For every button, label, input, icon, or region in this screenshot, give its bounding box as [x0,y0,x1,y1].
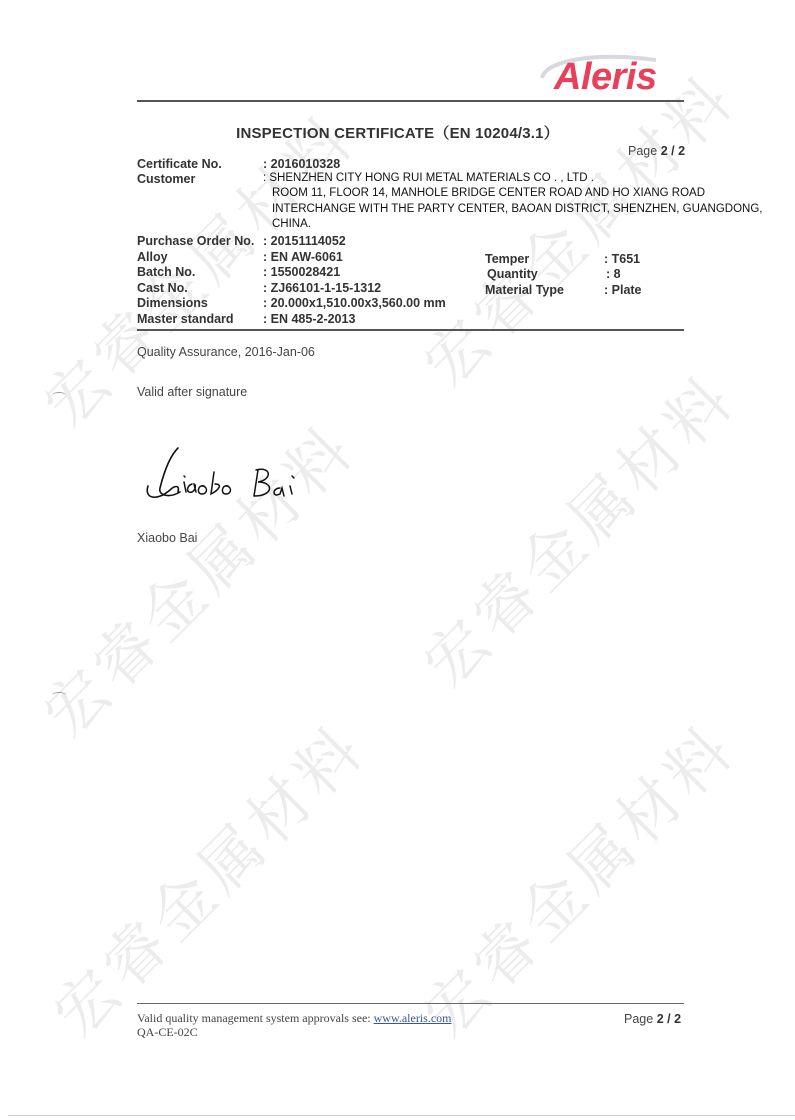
purchase-order-label: Purchase Order No. [137,234,254,248]
footer-page-indicator: Page 2 / 2 [624,1012,681,1026]
footer-page-current: 2 [657,1012,664,1026]
watermark: 宏睿金属材料 [400,701,751,1052]
page-title: INSPECTION CERTIFICATE（EN 10204/3.1） [0,122,795,143]
temper-label: Temper [485,252,529,266]
signature [140,442,320,504]
header-rule [137,100,684,102]
watermark: 宏睿金属材料 [400,51,751,402]
customer-line-1: : SHENZHEN CITY HONG RUI METAL MATERIALS… [263,172,594,184]
master-standard-value: : EN 485-2-2013 [263,312,355,326]
page-current: 2 [661,144,668,158]
page-sep: / [671,144,674,158]
cast-no-value: : ZJ66101-1-15-1312 [263,281,381,295]
cast-no-label: Cast No. [137,281,188,295]
page-label: Page [628,144,657,158]
punch-mark [52,392,66,399]
dimensions-label: Dimensions [137,296,208,310]
footer-rule [137,1003,684,1004]
master-standard-label: Master standard [137,312,234,326]
footer-page-sep: / [667,1012,670,1026]
aleris-logo: Aleris [536,50,686,100]
logo-text: Aleris [554,56,657,99]
customer-line-4: CHINA. [272,218,311,230]
watermark: 宏睿金属材料 [30,701,381,1052]
footer-page-total: 2 [674,1012,681,1026]
material-type-label: Material Type [485,283,564,297]
purchase-order-value: : 20151114052 [263,234,346,248]
watermark: 宏睿金属材料 [400,351,751,702]
quantity-label: Quantity [487,267,538,281]
customer-line-2: ROOM 11, FLOOR 14, MANHOLE BRIDGE CENTER… [272,187,705,199]
quantity-value: : 8 [606,267,621,281]
valid-note: Valid after signature [137,385,247,399]
dimensions-value: : 20.000x1,510.00x3,560.00 mm [263,296,446,310]
footer-page-label: Page [624,1012,653,1026]
signature-scribble-icon [140,442,320,504]
approvals-text: Valid quality management system approval… [137,1011,374,1025]
page-total: 2 [678,144,685,158]
certificate-no-label: Certificate No. [137,157,222,171]
batch-no-value: : 1550028421 [263,265,340,279]
alloy-value: : EN AW-6061 [263,250,343,264]
customer-label: Customer [137,172,195,186]
page-indicator: Page 2 / 2 [628,144,685,158]
aleris-website-link[interactable]: www.aleris.com [374,1011,452,1025]
material-type-value: : Plate [604,283,642,297]
punch-mark [52,692,66,699]
approvals-note: Valid quality management system approval… [137,1011,451,1026]
scan-edge-line [8,1115,795,1116]
form-code: QA-CE-02C [137,1025,198,1040]
customer-line-3: INTERCHANGE WITH THE PARTY CENTER, BAOAN… [272,203,763,215]
batch-no-label: Batch No. [137,265,195,279]
fields-rule [137,329,684,331]
signer-name: Xiaobo Bai [137,531,197,545]
alloy-label: Alloy [137,250,168,264]
certificate-no-value: : 2016010328 [263,157,340,171]
temper-value: : T651 [604,252,640,266]
qa-date-line: Quality Assurance, 2016-Jan-06 [137,345,315,359]
